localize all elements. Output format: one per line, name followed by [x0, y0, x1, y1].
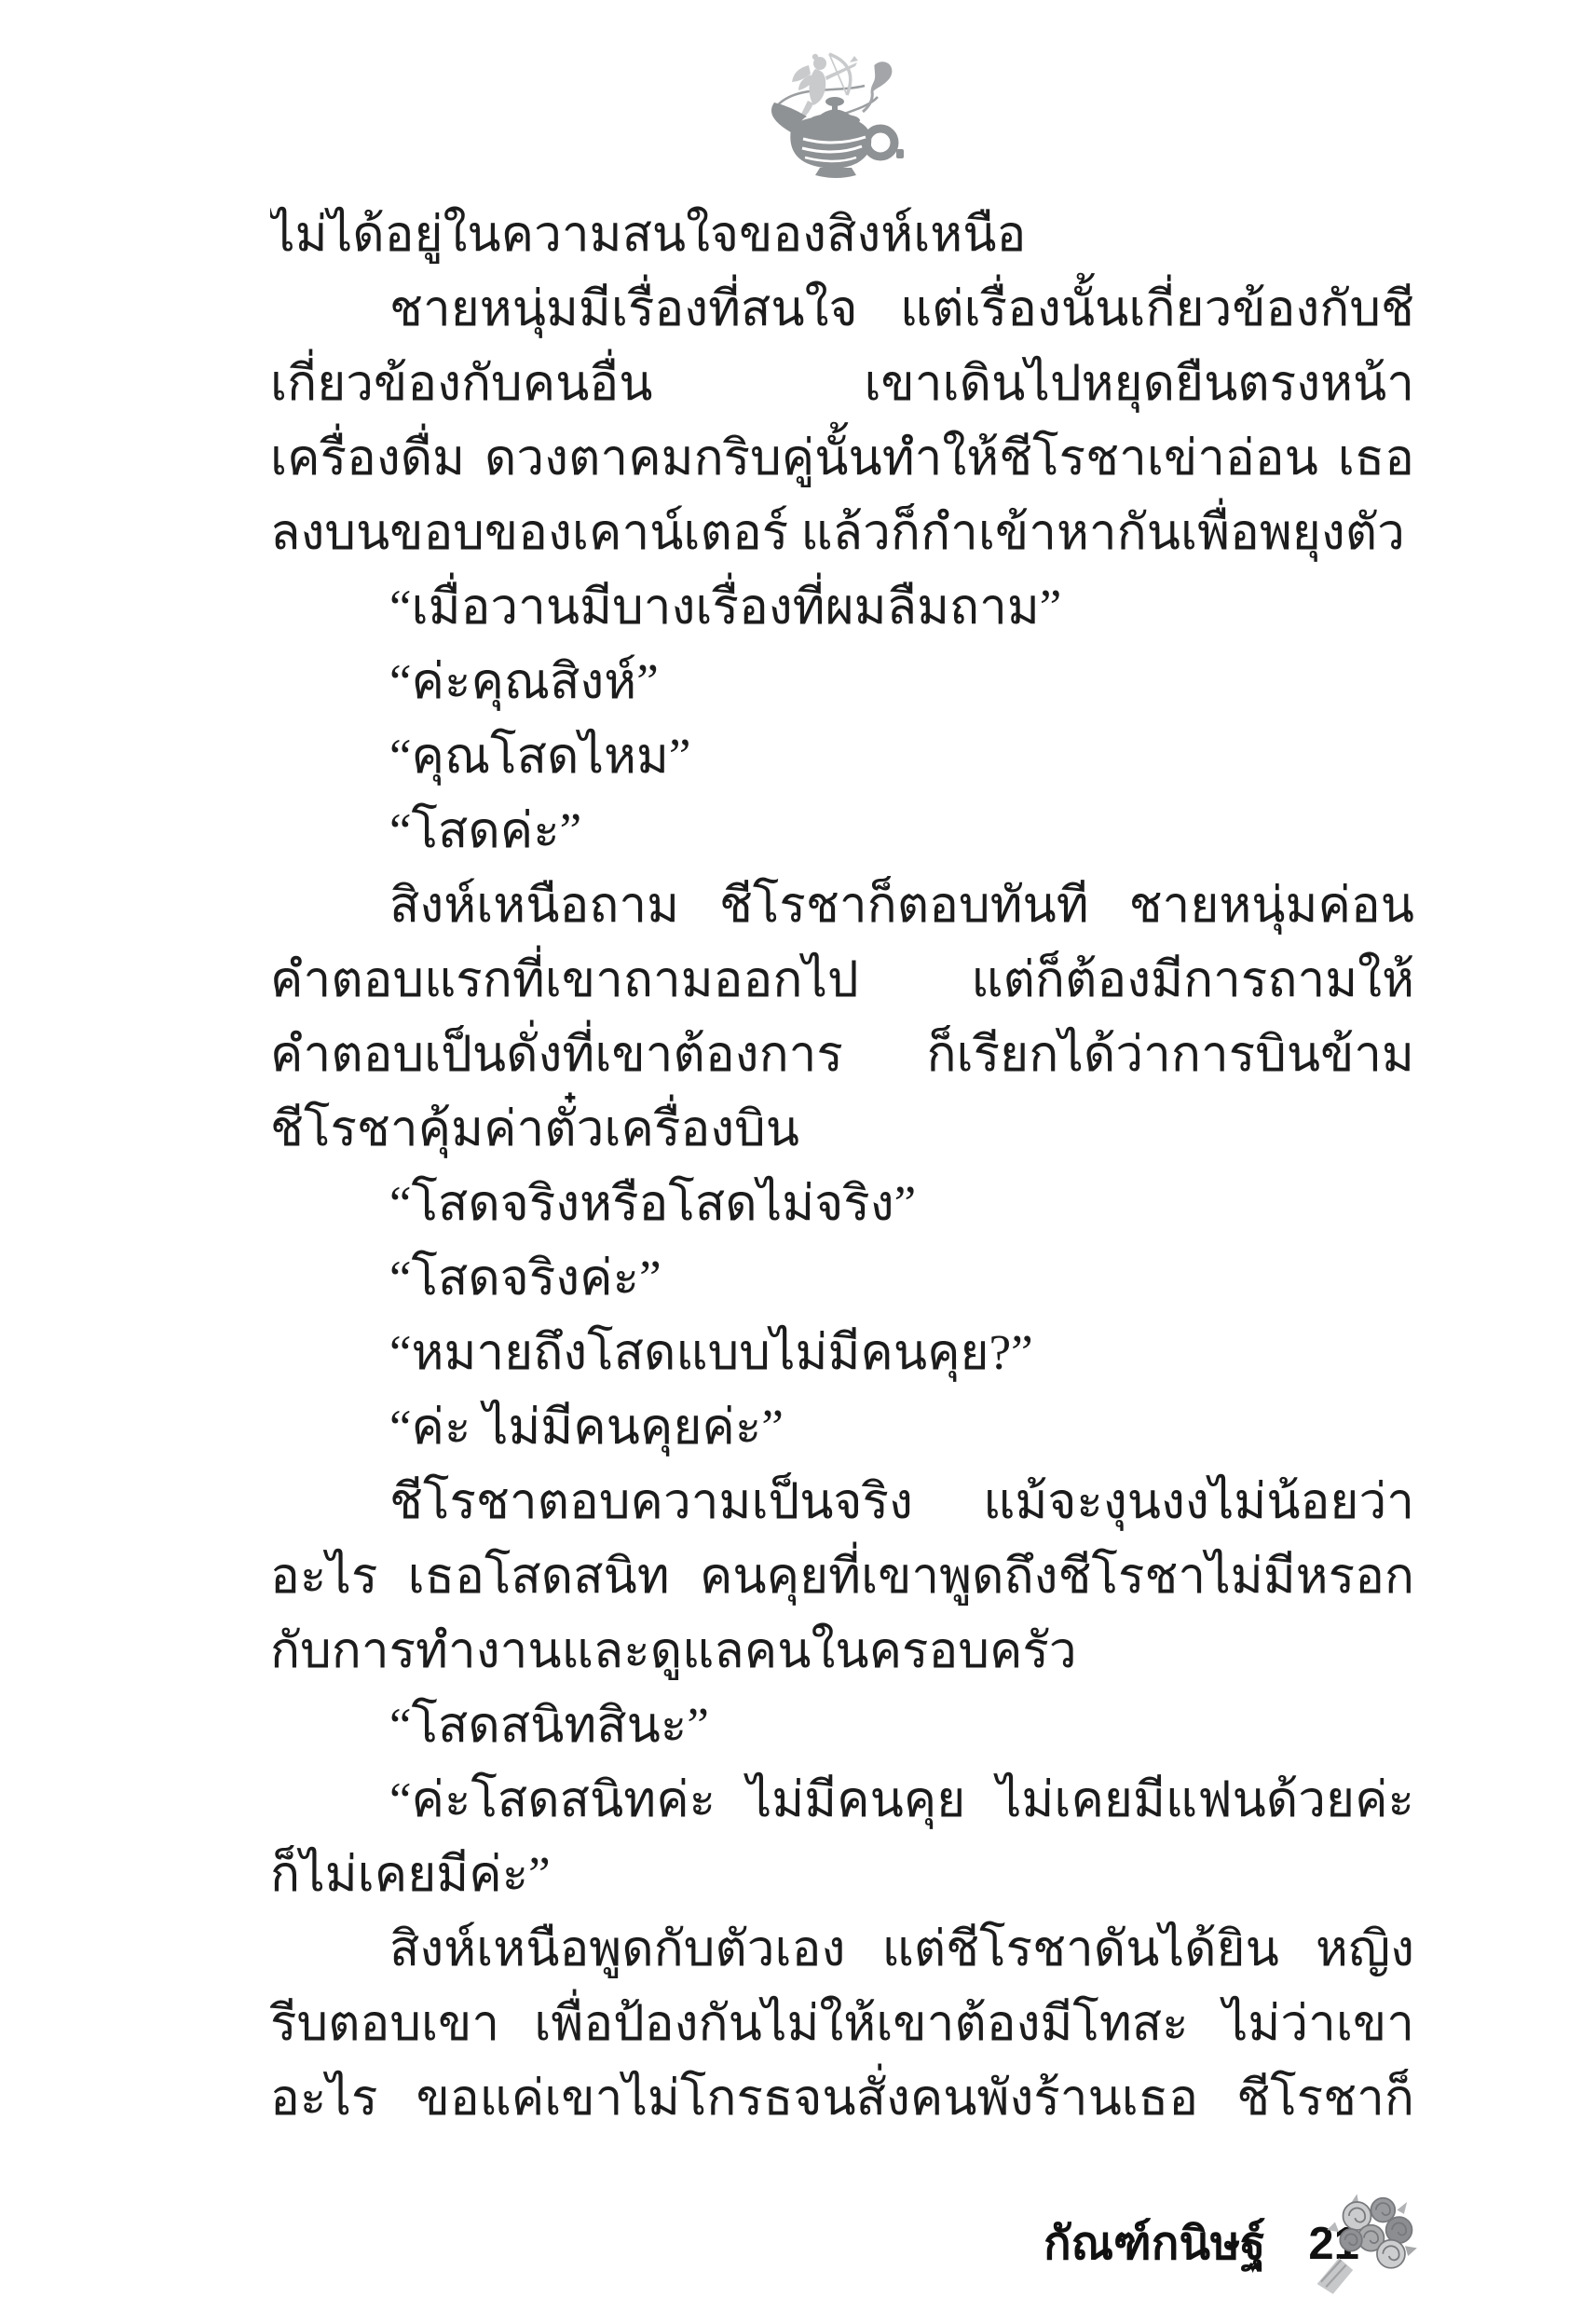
text-line: ชายหนุ่มมีเรื่องที่สนใจ แต่เรื่องนั้นเกี…: [270, 272, 1414, 347]
text-line: เกี่ยวข้องกับคนอื่น เขาเดินไปหยุดยืนตรงห…: [270, 347, 1414, 421]
rose-bouquet-icon: [1309, 2188, 1419, 2298]
dialogue-line: “หมายถึงโสดแบบไม่มีคนคุย?”: [270, 1316, 1414, 1390]
dialogue-line: “ค่ะคุณสิงห์”: [270, 645, 1414, 719]
cupid-lamp-ornament-icon: [768, 48, 907, 179]
text-line: ลงบนขอบของเคาน์เตอร์ แล้วก็กำเข้าหากันเพ…: [270, 496, 1414, 570]
dialogue-line: ก็ไม่เคยมีค่ะ”: [270, 1838, 1414, 1912]
author-name: กัณฑ์กนิษฐ์: [1044, 2207, 1265, 2279]
text-line: ไม่ได้อยู่ในความสนใจของสิงห์เหนือ: [270, 198, 1414, 272]
text-line: สิงห์เหนือพูดกับตัวเอง แต่ชีโรชาดันได้ยิ…: [270, 1912, 1414, 1987]
text-line: อะไร เธอโสดสนิท คนคุยที่เขาพูดถึงชีโรชาไ…: [270, 1539, 1414, 1614]
text-line: สิงห์เหนือถาม ชีโรชาก็ตอบทันที ชายหนุ่มค…: [270, 868, 1414, 943]
text-line: ชีโรชาตอบความเป็นจริง แม้จะงุนงงไม่น้อยว…: [270, 1465, 1414, 1539]
text-line: กับการทำงานและดูแลคนในครอบครัว: [270, 1614, 1414, 1689]
text-line: คำตอบเป็นดั่งที่เขาต้องการ ก็เรียกได้ว่า…: [270, 1018, 1414, 1092]
dialogue-line: “ค่ะโสดสนิทค่ะ ไม่มีคนคุย ไม่เคยมีแฟนด้ว…: [270, 1763, 1414, 1838]
text-line: คำตอบแรกที่เขาถามออกไป แต่ก็ต้องมีการถาม…: [270, 943, 1414, 1018]
text-line: รีบตอบเขา เพื่อป้องกันไม่ให้เขาต้องมีโทส…: [270, 1987, 1414, 2061]
text-line: อะไร ขอแค่เขาไม่โกรธจนสั่งคนพังร้านเธอ ช…: [270, 2061, 1414, 2136]
dialogue-line: “โสดสนิทสินะ”: [270, 1689, 1414, 1763]
dialogue-line: “โสดค่ะ”: [270, 794, 1414, 868]
dialogue-line: “คุณโสดไหม”: [270, 719, 1414, 794]
text-line: เครื่องดื่ม ดวงตาคมกริบคู่นั้นทำให้ชีโรช…: [270, 421, 1414, 496]
text-line: ชีโรชาคุ้มค่าตั๋วเครื่องบิน: [270, 1092, 1414, 1167]
dialogue-line: “โสดจริงค่ะ”: [270, 1241, 1414, 1316]
dialogue-line: “เมื่อวานมีบางเรื่องที่ผมลืมถาม”: [270, 570, 1414, 645]
page-text: ไม่ได้อยู่ในความสนใจของสิงห์เหนือ ชายหนุ…: [270, 198, 1414, 2136]
dialogue-line: “โสดจริงหรือโสดไม่จริง”: [270, 1167, 1414, 1241]
book-page: ไม่ได้อยู่ในความสนใจของสิงห์เหนือ ชายหนุ…: [0, 0, 1596, 2311]
dialogue-line: “ค่ะ ไม่มีคนคุยค่ะ”: [270, 1390, 1414, 1465]
